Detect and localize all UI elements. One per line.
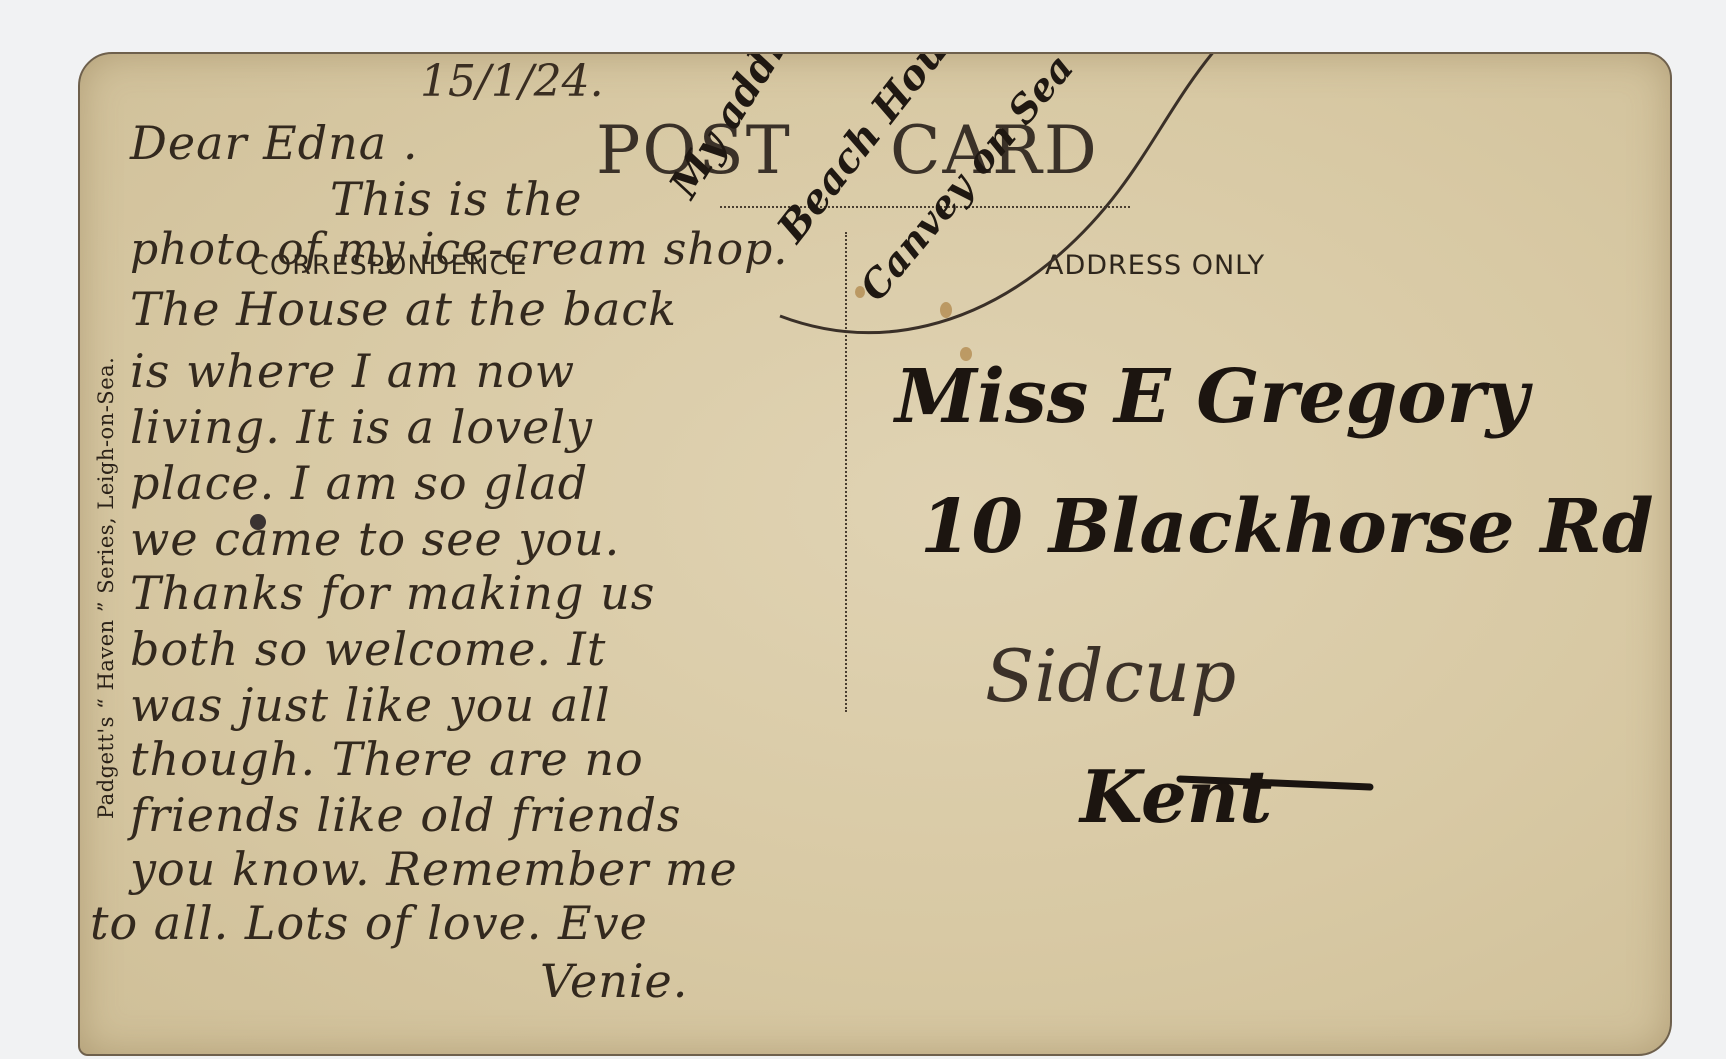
message-line: though. There are no: [130, 732, 644, 786]
message-line: Dear Edna .: [130, 116, 418, 170]
recipient-name: Miss E Gregory: [895, 354, 1529, 440]
message-line: to all. Lots of love. Eve: [90, 896, 648, 950]
signature: Venie.: [540, 954, 688, 1008]
message-line: This is the: [330, 172, 583, 226]
message-line: Thanks for making us: [130, 566, 655, 620]
message-line: both so welcome. It: [130, 622, 606, 676]
message-line: place. I am so glad: [130, 456, 588, 510]
message-line: photo of my ice-cream shop.: [130, 224, 788, 275]
message-line: The House at the back: [130, 282, 677, 336]
message-line: we came to see you.: [130, 512, 620, 566]
message-line: you know. Remember me: [130, 842, 738, 896]
recipient-county: Kent: [1080, 754, 1272, 839]
postcard: POST CARD CORRESPONDENCE ADDRESS ONLY Pa…: [78, 52, 1672, 1056]
handwritten-date: 15/1/24.: [420, 56, 604, 107]
message-line: living. It is a lovely: [130, 400, 593, 454]
message-line: friends like old friends: [130, 788, 682, 842]
recipient-town: Sidcup: [985, 634, 1236, 718]
message-line: is where I am now: [130, 344, 575, 398]
message-line: was just like you all: [130, 678, 611, 732]
recipient-street: 10 Blackhorse Rd: [920, 484, 1654, 570]
